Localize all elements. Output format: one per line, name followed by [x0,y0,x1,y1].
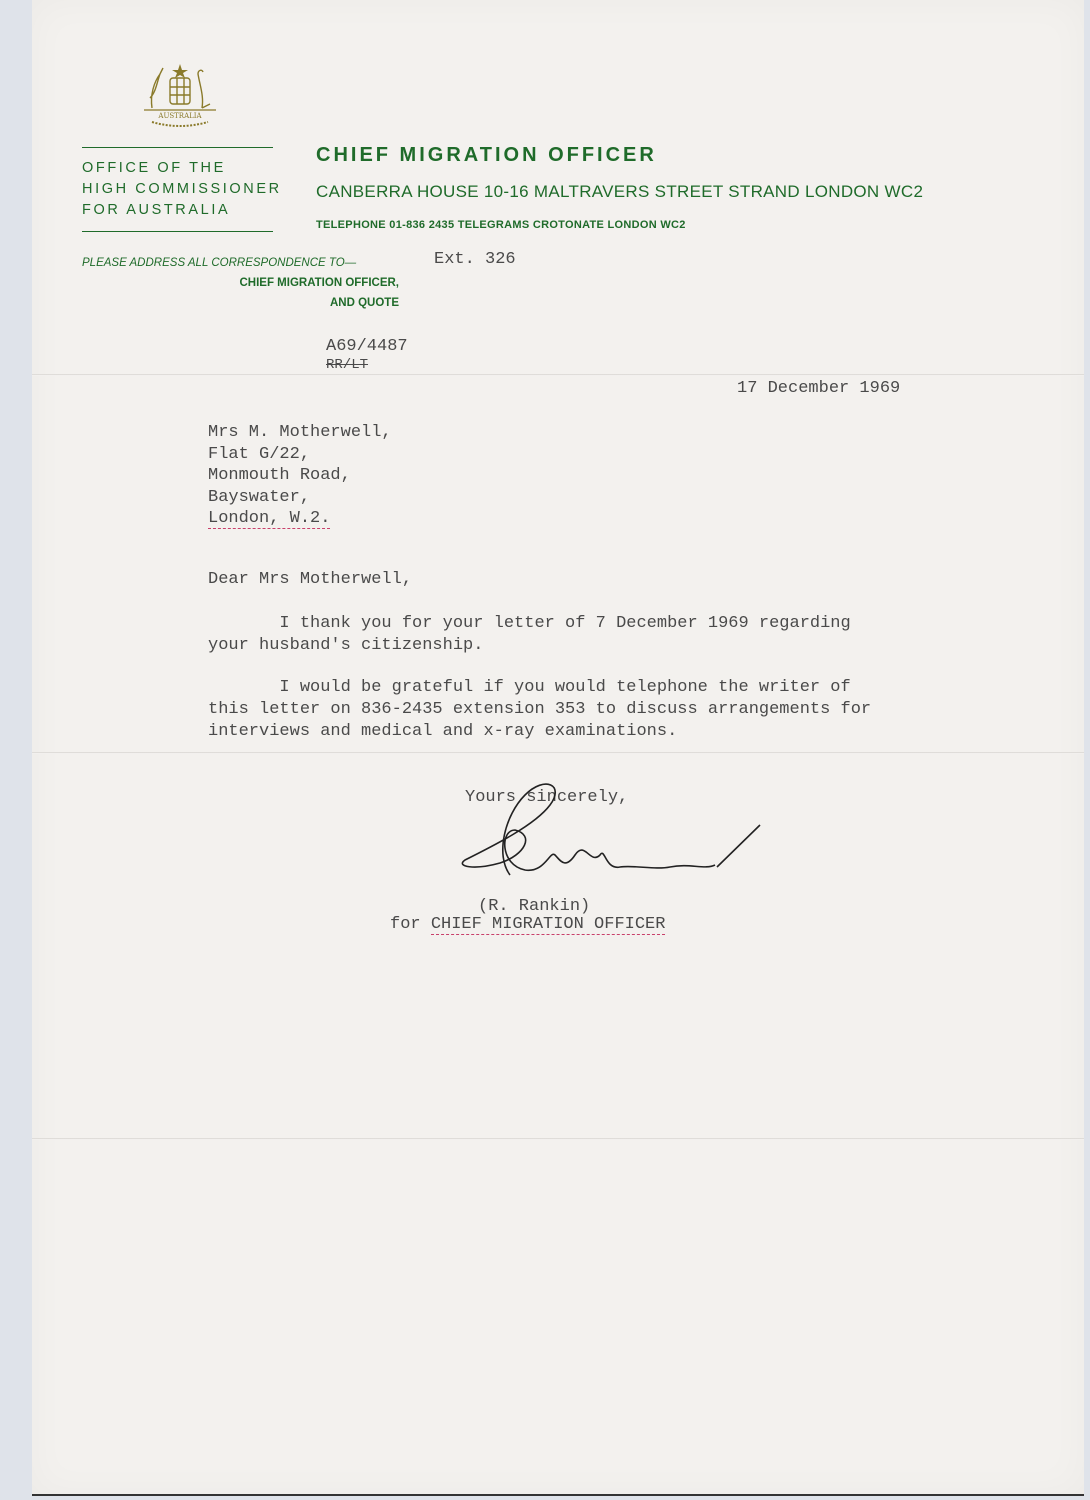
reference-initials: RR/LT [326,357,368,373]
signatory-line: for CHIEF MIGRATION OFFICER [390,915,665,934]
signatory-name: (R. Rankin) [478,897,590,916]
fold-line [32,374,1084,376]
body-line: I would be grateful if you would telepho… [208,678,851,697]
body-line: this letter on 836-2435 extension 353 to… [208,700,871,719]
letterhead-address: CANBERRA HOUSE 10-16 MALTRAVERS STREET S… [316,182,923,202]
body-line: interviews and medical and x-ray examina… [208,722,677,741]
signatory-title: CHIEF MIGRATION OFFICER [431,915,666,935]
body-line: your husband's citizenship. [208,636,483,655]
office-name: OFFICE OF THE HIGH COMMISSIONER FOR AUST… [82,158,282,221]
correspondence-to: CHIEF MIGRATION OFFICER, [239,277,399,289]
reference-number: A69/4487 [326,337,408,356]
body-line: I thank you for your letter of 7 Decembe… [208,614,851,633]
fold-line [32,1138,1084,1140]
salutation: Dear Mrs Motherwell, [208,570,412,589]
and-quote: AND QUOTE [330,297,399,309]
divider [82,231,273,232]
australian-coat-of-arms-icon: AUSTRALIA [130,60,230,132]
letterhead-telephone: TELEPHONE 01-836 2435 TELEGRAMS CROTONAT… [316,219,686,231]
correspondence-note: PLEASE ADDRESS ALL CORRESPONDENCE TO— [82,257,356,269]
divider [82,147,273,148]
extension: Ext. 326 [434,250,516,269]
fold-line [32,752,1084,754]
letter-date: 17 December 1969 [737,379,900,398]
recipient-address: Mrs M. Motherwell, Flat G/22, Monmouth R… [208,422,392,530]
svg-text:AUSTRALIA: AUSTRALIA [157,112,202,120]
letterhead-title: CHIEF MIGRATION OFFICER [316,144,657,167]
signature [455,775,765,895]
paper-edge [32,1494,1084,1496]
